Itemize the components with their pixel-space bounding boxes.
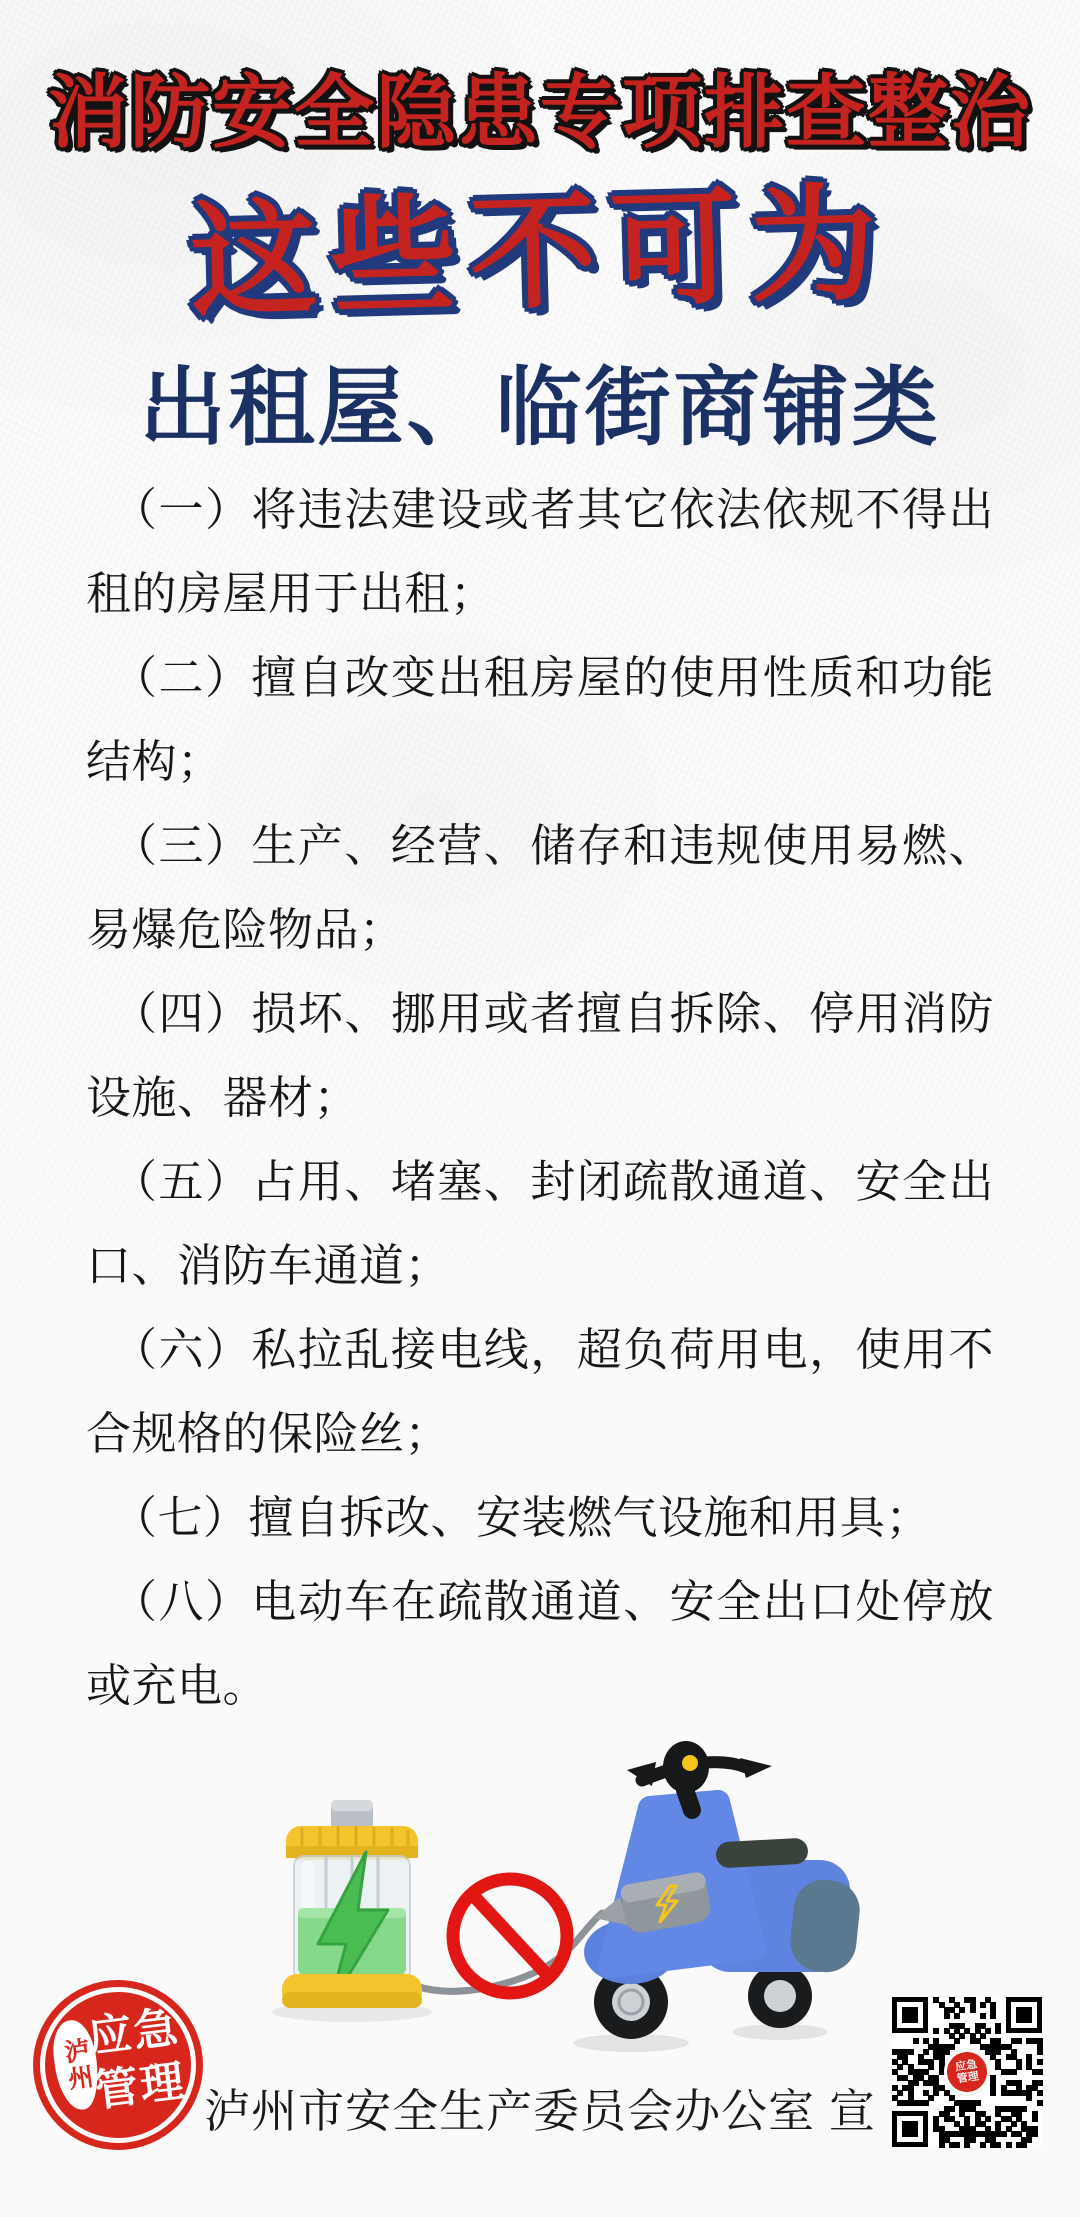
battery-icon — [282, 1800, 422, 2008]
qr-finder-top-right — [1006, 1997, 1042, 2033]
qr-finder-bottom-left — [892, 2111, 928, 2147]
list-item: （四）损坏、挪用或者擅自拆除、停用消防设施、器材； — [86, 972, 994, 1140]
list-item: （八）电动车在疏散通道、安全出口处停放或充电。 — [86, 1560, 994, 1728]
list-item: （三）生产、经营、储存和违规使用易燃、易爆危险物品； — [86, 804, 994, 972]
qr-code: 应急 管理 — [892, 1997, 1042, 2147]
violation-list: （一）将违法建设或者其它依法依规不得出租的房屋用于出租； （二）擅自改变出租房屋… — [86, 468, 994, 1728]
prohibition-sign-icon — [453, 1879, 567, 1993]
ground-shadows — [272, 2002, 828, 2052]
list-item: （六）私拉乱接电线，超负荷用电，使用不合规格的保险丝； — [86, 1308, 994, 1476]
poster-subtitle: 出租屋、临街商铺类 — [0, 338, 1080, 462]
list-item: （二）擅自改变出租房屋的使用性质和功能结构； — [86, 636, 994, 804]
qr-finder-top-left — [892, 1997, 928, 2033]
electric-scooter-icon — [584, 1741, 863, 2039]
list-item: （一）将违法建设或者其它依法依规不得出租的房屋用于出租； — [86, 468, 994, 636]
poster-slogan: 这些不可为 — [0, 138, 1080, 347]
list-item: （五）占用、堵塞、封闭疏散通道、安全出口、消防车通道； — [86, 1140, 994, 1308]
no-charging-illustration — [180, 1740, 900, 2120]
list-item: （七）擅自拆改、安装燃气设施和用具； — [86, 1476, 994, 1560]
